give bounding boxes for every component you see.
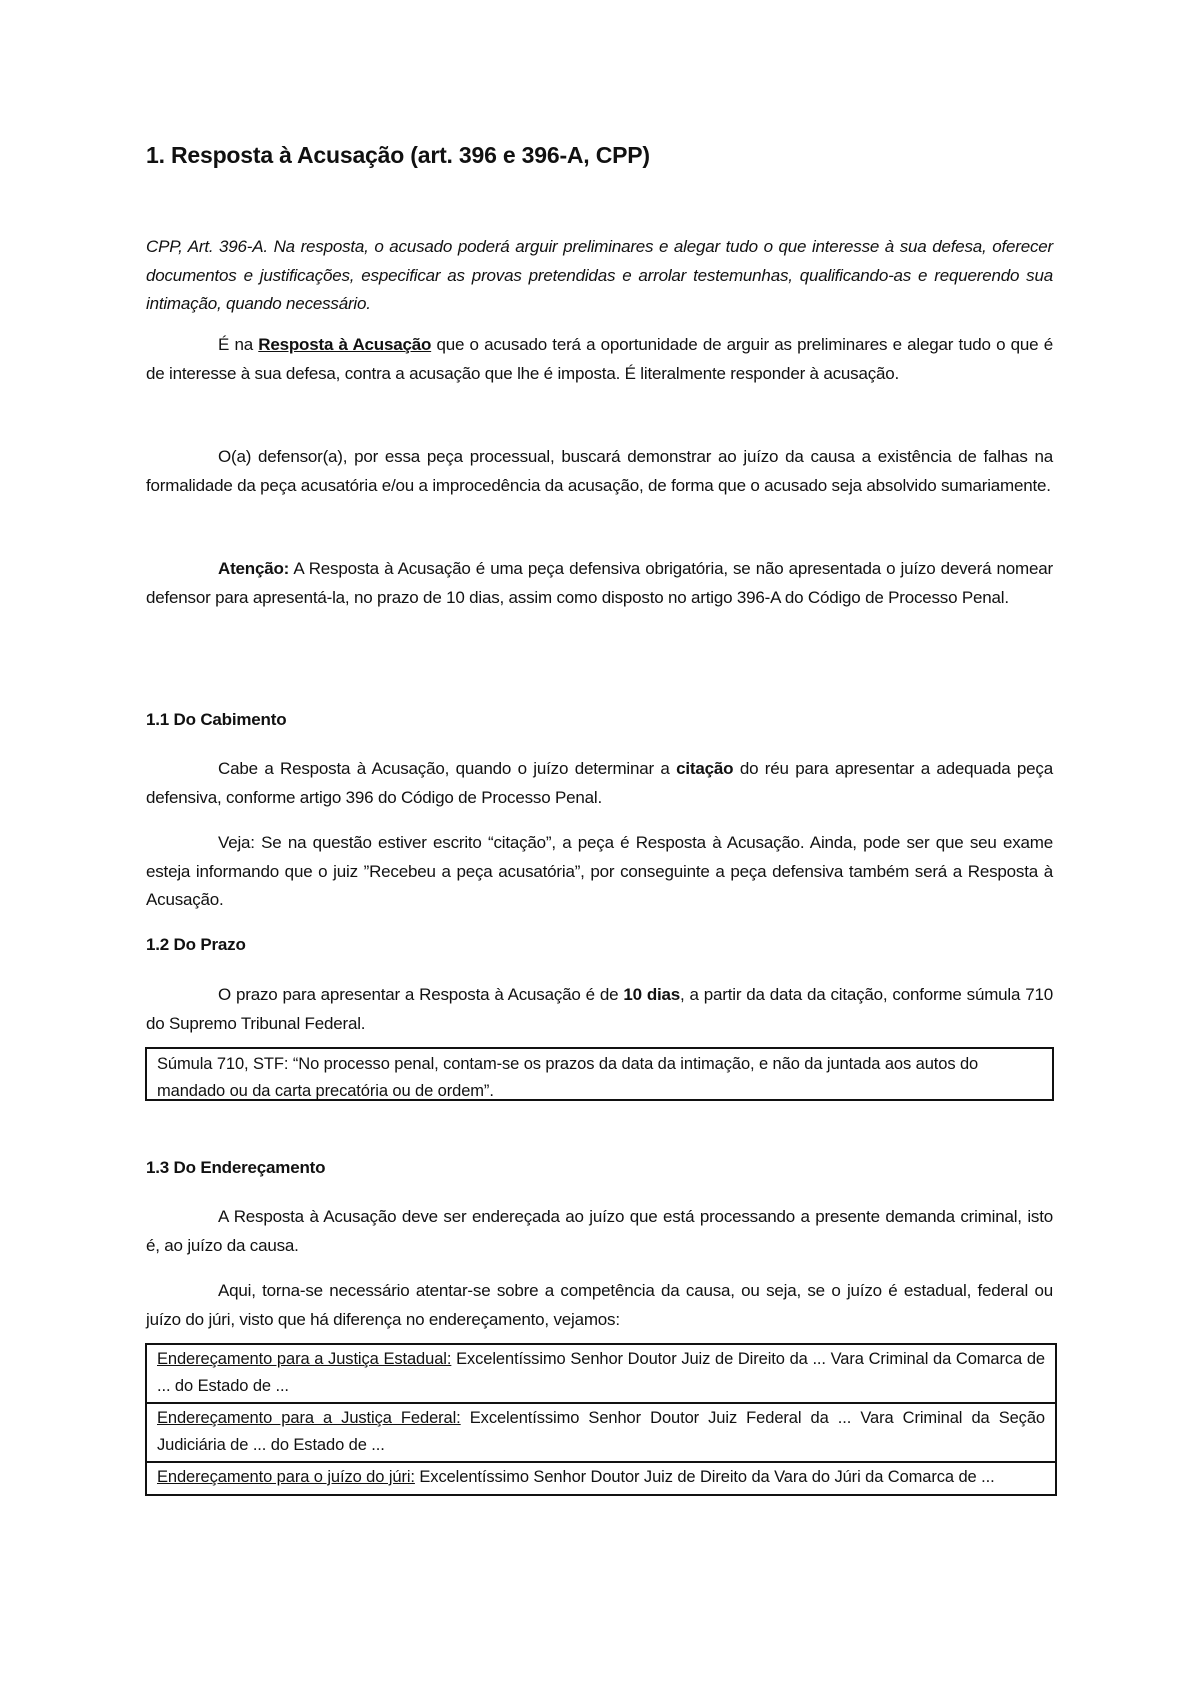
section-heading-prazo: 1.2 Do Prazo <box>146 935 1053 955</box>
document-title: 1. Resposta à Acusação (art. 396 e 396-A… <box>146 142 1053 169</box>
paragraph-cabimento: Cabe a Resposta à Acusação, quando o juí… <box>146 755 1053 812</box>
intro-quote: CPP, Art. 396-A. Na resposta, o acusado … <box>146 233 1053 319</box>
paragraph-atencao: Atenção: A Resposta à Acusação é uma peç… <box>146 555 1053 612</box>
enderecamento-row-federal: Endereçamento para a Justiça Federal: Ex… <box>147 1402 1055 1461</box>
sumula-710-box: Súmula 710, STF: “No processo penal, con… <box>145 1047 1054 1101</box>
paragraph-text: É na <box>218 335 258 354</box>
bold-citacao: citação <box>676 759 733 778</box>
row-text: Excelentíssimo Senhor Doutor Juiz de Dir… <box>415 1468 995 1486</box>
document-page: 1. Resposta à Acusação (art. 396 e 396-A… <box>0 0 1200 1696</box>
paragraph-enderecamento-1: A Resposta à Acusação deve ser endereçad… <box>146 1203 1053 1260</box>
atencao-label: Atenção: <box>218 559 289 578</box>
bold-10-dias: 10 dias <box>623 985 680 1004</box>
emphasis-resposta-acusacao: Resposta à Acusação <box>258 335 431 354</box>
row-label: Endereçamento para a Justiça Estadual: <box>157 1350 451 1368</box>
section-heading-cabimento: 1.1 Do Cabimento <box>146 710 1053 730</box>
section-heading-enderecamento: 1.3 Do Endereçamento <box>146 1158 1053 1178</box>
paragraph-prazo: O prazo para apresentar a Resposta à Acu… <box>146 981 1053 1038</box>
paragraph-defensor: O(a) defensor(a), por essa peça processu… <box>146 443 1053 500</box>
enderecamento-row-estadual: Endereçamento para a Justiça Estadual: E… <box>147 1345 1055 1402</box>
enderecamento-row-juri: Endereçamento para o juízo do júri: Exce… <box>147 1461 1055 1494</box>
paragraph-enderecamento-2: Aqui, torna-se necessário atentar-se sob… <box>146 1277 1053 1334</box>
paragraph-text: Cabe a Resposta à Acusação, quando o juí… <box>218 759 676 778</box>
enderecamento-table: Endereçamento para a Justiça Estadual: E… <box>145 1343 1057 1496</box>
paragraph-resposta: É na Resposta à Acusação que o acusado t… <box>146 331 1053 388</box>
paragraph-veja: Veja: Se na questão estiver escrito “cit… <box>146 829 1053 915</box>
row-label: Endereçamento para o juízo do júri: <box>157 1468 415 1486</box>
paragraph-text: O prazo para apresentar a Resposta à Acu… <box>218 985 623 1004</box>
row-label: Endereçamento para a Justiça Federal: <box>157 1409 461 1427</box>
